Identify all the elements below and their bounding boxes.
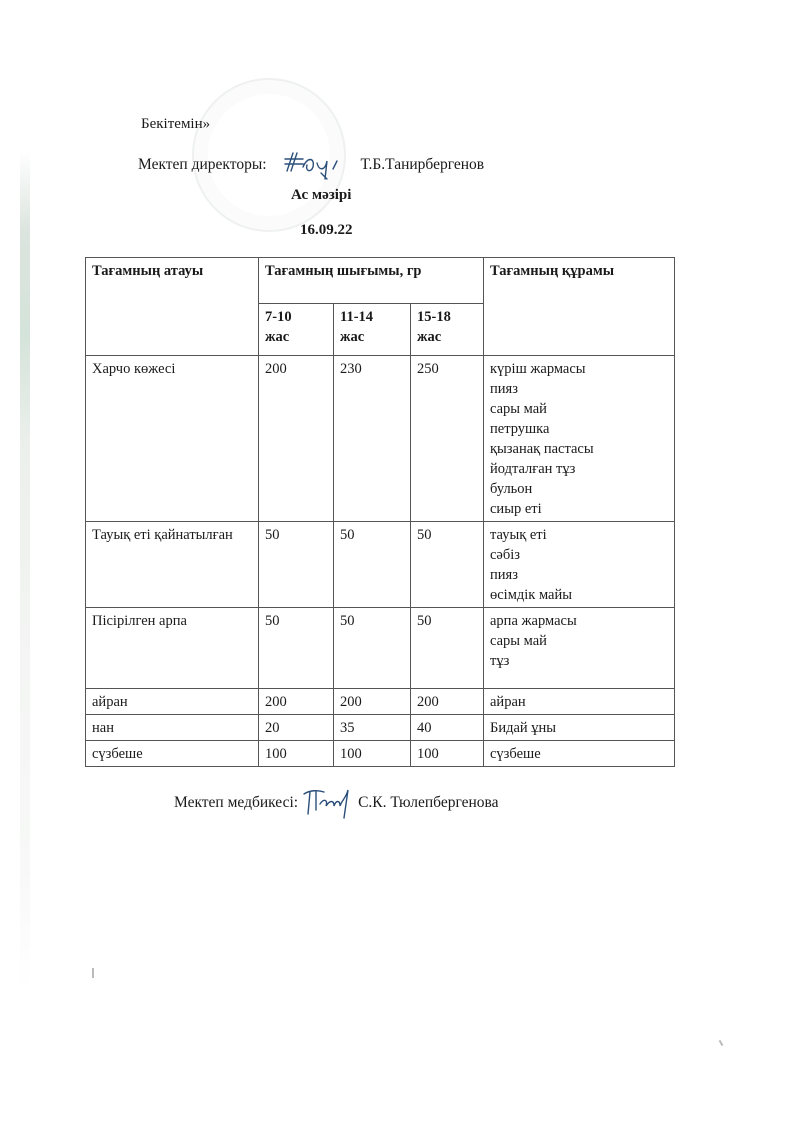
column-header-output: Тағамның шығымы, гр (259, 258, 484, 304)
ingredient: бульон (490, 479, 668, 499)
director-line: Мектеп директоры: Т.Б.Танирбергенов (138, 149, 484, 181)
output-7-10: 50 (259, 522, 334, 608)
ingredient: пияз (490, 379, 668, 399)
table-row: сүзбеше 100 100 100 сүзбеше (86, 741, 675, 767)
ingredients-cell: арпа жармасы сары май тұз (484, 608, 675, 689)
output-11-14: 230 (334, 356, 411, 522)
output-15-18: 100 (411, 741, 484, 767)
dish-name: Харчо көжесі (86, 356, 259, 522)
ingredient: өсімдік майы (490, 585, 668, 605)
output-7-10: 200 (259, 356, 334, 522)
output-7-10: 200 (259, 689, 334, 715)
age-group-7-10: 7-10 жас (259, 304, 334, 356)
ingredient: йодталған тұз (490, 459, 668, 479)
ingredient: сары май (490, 399, 668, 419)
ingredient: пияз (490, 565, 668, 585)
nurse-signature-icon (300, 786, 356, 820)
output-11-14: 100 (334, 741, 411, 767)
dish-name: Пісірілген арпа (86, 608, 259, 689)
output-7-10: 20 (259, 715, 334, 741)
output-11-14: 200 (334, 689, 411, 715)
output-15-18: 200 (411, 689, 484, 715)
ingredient: сиыр еті (490, 499, 668, 519)
table-row: Тауық еті қайнатылған 50 50 50 тауық еті… (86, 522, 675, 608)
ingredients-cell: күріш жармасы пияз сары май петрушка қыз… (484, 356, 675, 522)
output-7-10: 50 (259, 608, 334, 689)
dish-name: Тауық еті қайнатылған (86, 522, 259, 608)
ingredients-cell: сүзбеше (484, 741, 675, 767)
ingredients-cell: айран (484, 689, 675, 715)
output-15-18: 40 (411, 715, 484, 741)
age-group-15-18: 15-18 жас (411, 304, 484, 356)
column-header-name: Тағамның атауы (86, 258, 259, 356)
ingredient: петрушка (490, 419, 668, 439)
approval-label: Бекітемін» (141, 116, 210, 133)
table-row: нан 20 35 40 Бидай ұны (86, 715, 675, 741)
menu-table: Тағамның атауы Тағамның шығымы, гр Тағам… (85, 257, 675, 767)
age-group-11-14: 11-14 жас (334, 304, 411, 356)
ingredient: сәбіз (490, 545, 668, 565)
menu-date: 16.09.22 (300, 222, 353, 239)
dish-name: сүзбеше (86, 741, 259, 767)
table-row: Харчо көжесі 200 230 250 күріш жармасы п… (86, 356, 675, 522)
nurse-name: С.К. Тюлепбергенова (358, 794, 498, 812)
scan-artifact-strip (20, 150, 30, 990)
menu-title: Ас мәзірі (291, 187, 351, 204)
scan-speck (92, 968, 94, 978)
output-15-18: 50 (411, 608, 484, 689)
ingredients-cell: тауық еті сәбіз пияз өсімдік майы (484, 522, 675, 608)
output-15-18: 50 (411, 522, 484, 608)
director-label: Мектеп директоры: (138, 156, 267, 174)
nurse-label: Мектеп медбикесі: (174, 794, 298, 812)
output-11-14: 50 (334, 608, 411, 689)
ingredient: арпа жармасы (490, 611, 668, 631)
ingredient: сары май (490, 631, 668, 651)
output-7-10: 100 (259, 741, 334, 767)
ingredient: қызанақ пастасы (490, 439, 668, 459)
ingredient: күріш жармасы (490, 359, 668, 379)
ingredient: тауық еті (490, 525, 668, 545)
column-header-composition: Тағамның құрамы (484, 258, 675, 356)
output-15-18: 250 (411, 356, 484, 522)
table-row: айран 200 200 200 айран (86, 689, 675, 715)
dish-name: нан (86, 715, 259, 741)
dish-name: айран (86, 689, 259, 715)
director-name: Т.Б.Танирбергенов (361, 156, 485, 174)
scan-speck (719, 1040, 724, 1046)
output-11-14: 50 (334, 522, 411, 608)
director-signature-icon (281, 149, 351, 181)
nurse-line: Мектеп медбикесі: С.К. Тюлепбергенова (174, 786, 499, 820)
output-11-14: 35 (334, 715, 411, 741)
ingredient: тұз (490, 651, 668, 671)
ingredients-cell: Бидай ұны (484, 715, 675, 741)
table-header-row: Тағамның атауы Тағамның шығымы, гр Тағам… (86, 258, 675, 304)
table-row: Пісірілген арпа 50 50 50 арпа жармасы са… (86, 608, 675, 689)
